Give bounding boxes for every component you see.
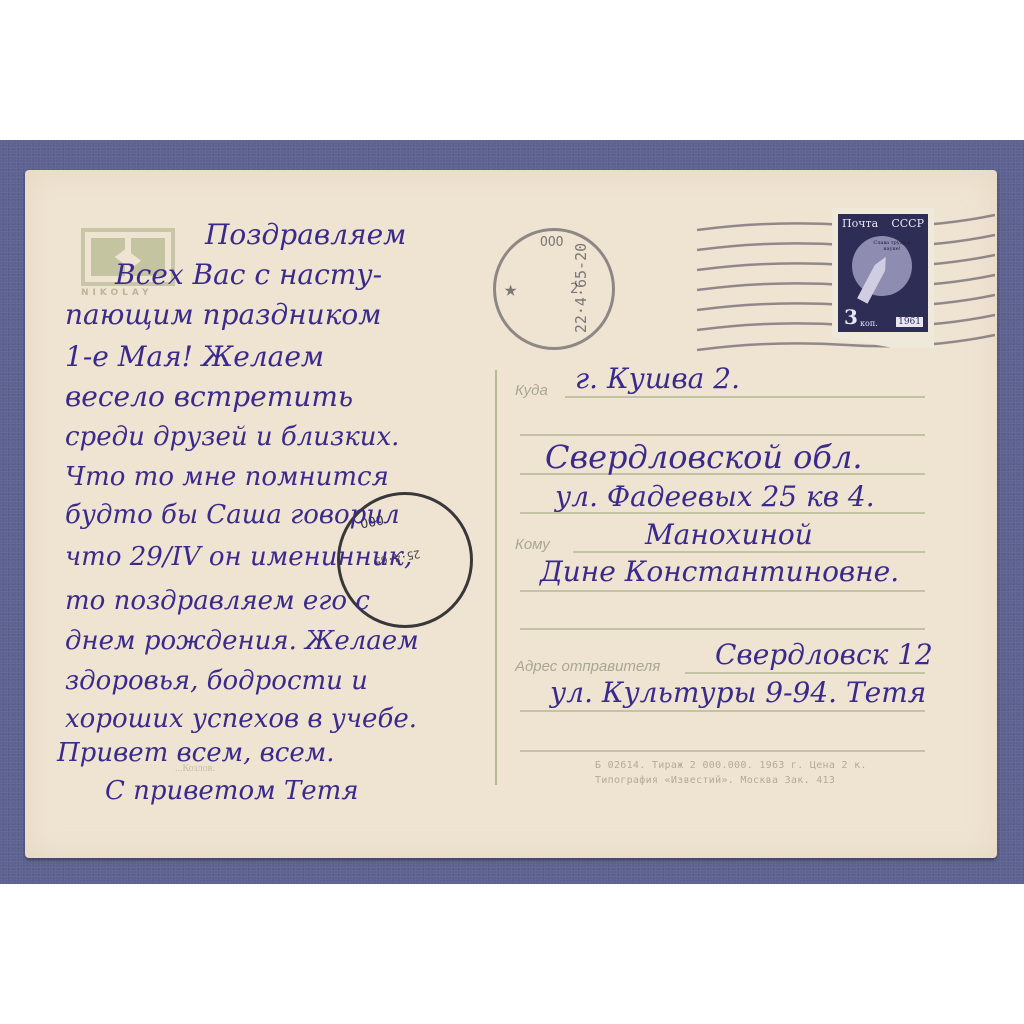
vertical-divider [495,370,497,785]
sender-line: Свердловск 12 [715,638,933,671]
address-line [573,551,925,553]
message-line: Поздравляем [205,218,406,251]
signature: С приветом Тетя [105,776,359,806]
sender-label: Адрес отправителя [515,658,660,675]
message-line: Что то мне помнится [65,462,389,492]
whom-label: Кому [515,536,550,553]
message-line: пающим праздником [65,298,382,331]
message-line: то поздравляем его с [65,586,370,616]
to-line: г. Кушва 2. [575,362,740,395]
address-line [520,590,925,592]
message-line: среди друзей и близких. [65,422,399,452]
to-line: Свердловской обл. [545,438,863,476]
address-line [565,396,925,398]
artist-credit: ...Козлов. [175,763,215,774]
message-line: весело встретить [65,380,353,413]
to-label: Куда [515,382,548,399]
message-line: здоровья, бодрости и [65,666,368,696]
message-line: хороших успехов в учебе. [65,704,417,734]
star-icon: ★ [504,277,517,302]
message-line: днем рождения. Желаем [65,626,419,656]
address-line [520,628,925,630]
printer-imprint: Б 02614. Тираж 2 000.000. 1963 г. Цена 2… [595,758,867,788]
to-line: ул. Фадеевых 25 кв 4. [555,480,875,513]
message-line: что 29/IV он именинник, [65,542,412,572]
address-line [520,710,925,712]
postmark-departure: 22·4·65-20 ООО 2 ★ [493,228,615,350]
message-line: 1-е Мая! Желаем [65,340,324,373]
whom-line: Дине Константиновне. [540,555,899,588]
postcard: NIKOLAY 22·4·65-20 ООО 2 ★ ООО 25·4·65 П… [25,170,997,858]
message-line: Всех Вас с насту- [115,258,382,291]
address-line [520,750,925,752]
whom-line: Манохиной [645,518,813,551]
address-line [520,434,925,436]
address-line [685,672,925,674]
message-line: будто бы Саша говорил [65,500,400,530]
sender-line: ул. Культуры 9-94. Тетя [550,676,926,709]
postage-stamp: Почта СССР Слава труду и науке! 3 коп. 1… [832,208,934,348]
